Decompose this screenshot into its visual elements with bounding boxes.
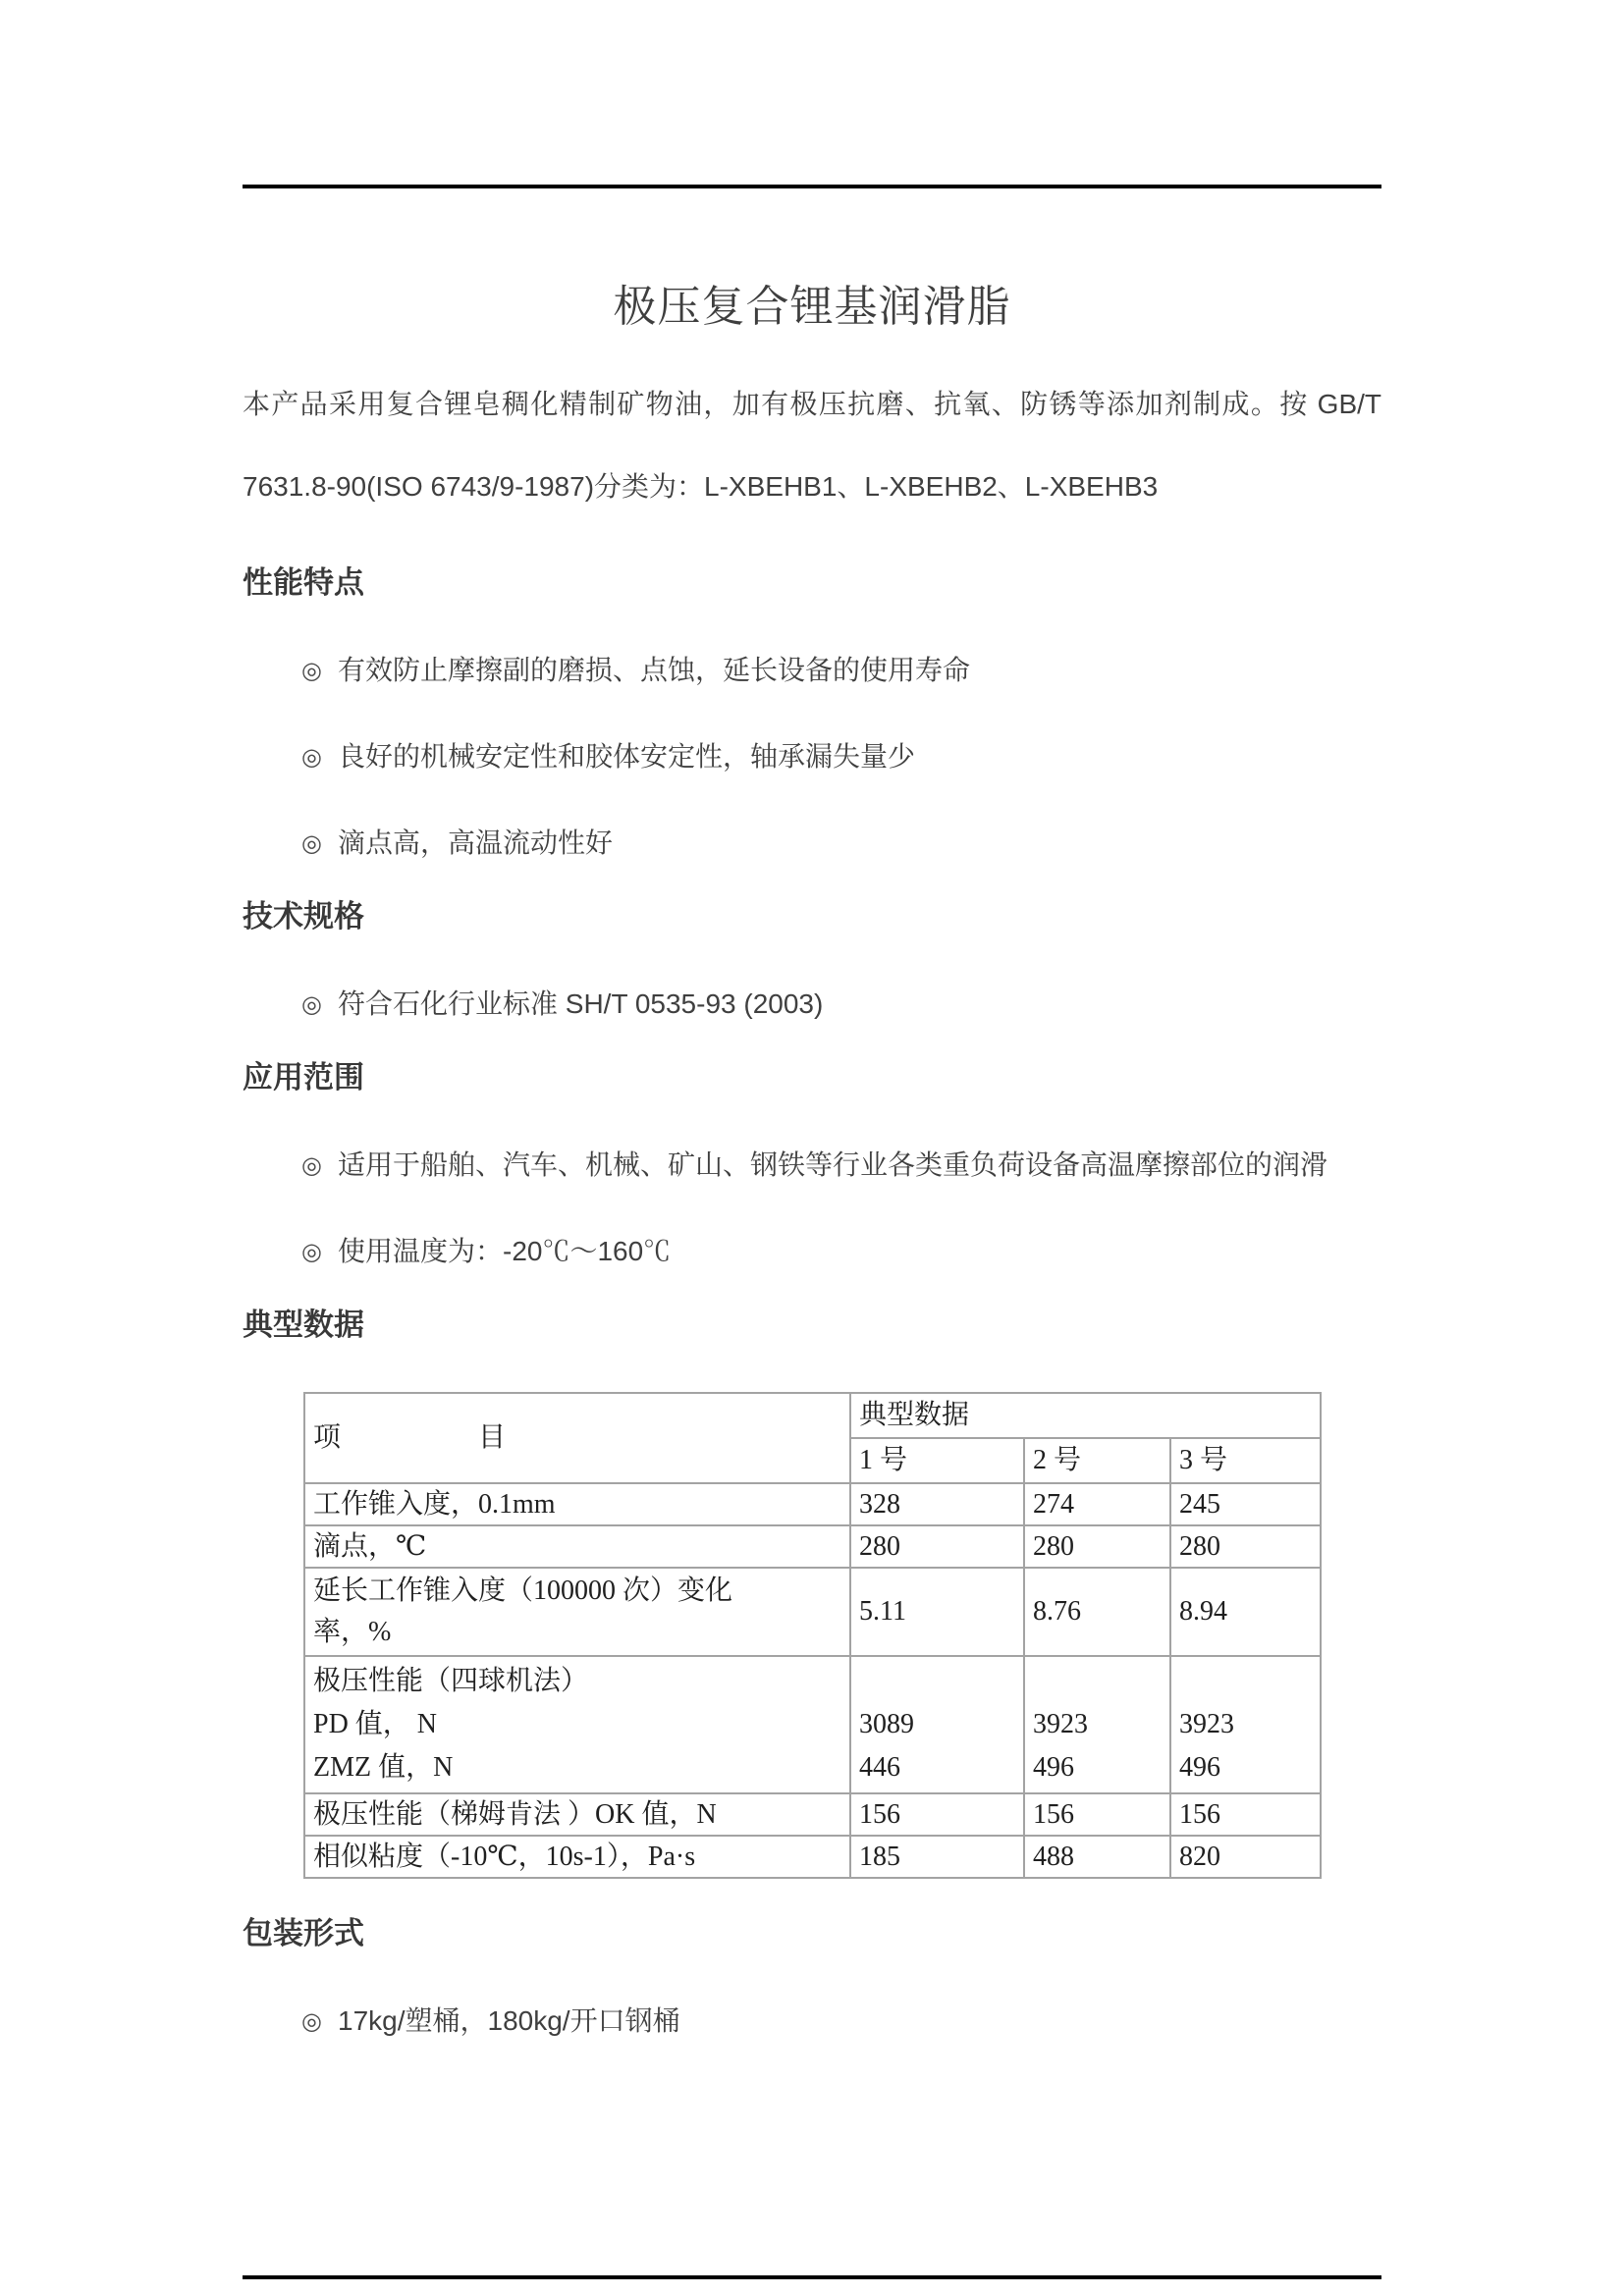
table-row: 相似粘度（-10℃，10s-1），Pa·s 185 488 820	[304, 1836, 1321, 1878]
bullet-text: 滴点高，高温流动性好	[338, 828, 613, 858]
value-cell: 3089 446	[850, 1656, 1024, 1793]
row-label-cell: 工作锥入度，0.1mm	[304, 1483, 850, 1525]
value-cell: 3923 496	[1024, 1656, 1170, 1793]
typical-data-table: 项 目 典型数据 1 号 2 号 3 号 工作锥入度，0.1mm 328 274…	[303, 1392, 1322, 1879]
value-cell: 328	[850, 1483, 1024, 1525]
bullet-icon: ◎	[301, 1234, 322, 1271]
value-cell: 3923 496	[1170, 1656, 1321, 1793]
header-rule-line	[243, 185, 1381, 188]
list-item: ◎ 17kg/塑桶，180kg/开口钢桶	[243, 2002, 1381, 2040]
performance-bullet-list: ◎ 有效防止摩擦副的磨损、点蚀，延长设备的使用寿命 ◎ 良好的机械安定性和胶体安…	[243, 652, 1381, 862]
list-item: ◎ 适用于船舶、汽车、机械、矿山、钢铁等行业各类重负荷设备高温摩擦部位的润滑	[243, 1147, 1381, 1184]
row-label-cell: 相似粘度（-10℃，10s-1），Pa·s	[304, 1836, 850, 1878]
value-cell: 245	[1170, 1483, 1321, 1525]
table-row: 极压性能（四球机法） PD 值， N ZMZ 值，N 3089 446 3923…	[304, 1656, 1321, 1793]
bullet-icon: ◎	[301, 2003, 322, 2041]
table-header-row-group: 项 目 典型数据	[304, 1393, 1321, 1438]
list-item: ◎ 有效防止摩擦副的磨损、点蚀，延长设备的使用寿命	[243, 652, 1381, 689]
bullet-icon: ◎	[301, 987, 322, 1024]
row-label-cell: 延长工作锥入度（100000 次）变化 率，%	[304, 1568, 850, 1656]
bullet-text: 有效防止摩擦副的磨损、点蚀，延长设备的使用寿命	[338, 655, 970, 685]
value-cell: 280	[1024, 1525, 1170, 1568]
application-bullet-list: ◎ 适用于船舶、汽车、机械、矿山、钢铁等行业各类重负荷设备高温摩擦部位的润滑 ◎…	[243, 1147, 1381, 1270]
value-cell: 820	[1170, 1836, 1321, 1878]
bullet-icon: ◎	[301, 653, 322, 690]
section-heading-application: 应用范围	[243, 1058, 1381, 1097]
section-heading-typical-data: 典型数据	[243, 1306, 1381, 1345]
grade-header-cell: 1 号	[850, 1438, 1024, 1483]
bullet-text: 使用温度为：-20℃～160℃	[338, 1236, 671, 1266]
bullet-icon: ◎	[301, 739, 322, 776]
row-label-cell: 极压性能（梯姆肯法 ）OK 值，N	[304, 1793, 850, 1836]
bullet-icon: ◎	[301, 826, 322, 863]
value-cell: 8.76	[1024, 1568, 1170, 1656]
intro-paragraph: 本产品采用复合锂皂稠化精制矿物油，加有极压抗磨、抗氧、防锈等添加剂制成。按 GB…	[243, 363, 1381, 528]
value-cell: 280	[1170, 1525, 1321, 1568]
list-item: ◎ 使用温度为：-20℃～160℃	[243, 1233, 1381, 1270]
list-item: ◎ 滴点高，高温流动性好	[243, 825, 1381, 862]
grade-header-cell: 3 号	[1170, 1438, 1321, 1483]
table-row: 延长工作锥入度（100000 次）变化 率，% 5.11 8.76 8.94	[304, 1568, 1321, 1656]
bullet-icon: ◎	[301, 1148, 322, 1185]
footer-rule-line	[243, 2275, 1381, 2279]
group-header-cell: 典型数据	[850, 1393, 1321, 1438]
list-item: ◎ 符合石化行业标准 SH/T 0535-93 (2003)	[243, 986, 1381, 1023]
page-title: 极压复合锂基润滑脂	[243, 279, 1381, 336]
table-row: 滴点，℃ 280 280 280	[304, 1525, 1321, 1568]
section-heading-performance: 性能特点	[243, 563, 1381, 603]
value-cell: 5.11	[850, 1568, 1024, 1656]
table-row: 工作锥入度，0.1mm 328 274 245	[304, 1483, 1321, 1525]
row-label-cell: 滴点，℃	[304, 1525, 850, 1568]
value-cell: 488	[1024, 1836, 1170, 1878]
list-item: ◎ 良好的机械安定性和胶体安定性，轴承漏失量少	[243, 738, 1381, 775]
spec-bullet-list: ◎ 符合石化行业标准 SH/T 0535-93 (2003)	[243, 986, 1381, 1023]
value-cell: 185	[850, 1836, 1024, 1878]
bullet-text: 适用于船舶、汽车、机械、矿山、钢铁等行业各类重负荷设备高温摩擦部位的润滑	[338, 1149, 1327, 1180]
bullet-text: 符合石化行业标准 SH/T 0535-93 (2003)	[338, 988, 823, 1019]
value-cell: 280	[850, 1525, 1024, 1568]
value-cell: 156	[1024, 1793, 1170, 1836]
section-heading-spec: 技术规格	[243, 897, 1381, 936]
item-header-cell: 项 目	[304, 1393, 850, 1483]
value-cell: 156	[850, 1793, 1024, 1836]
value-cell: 8.94	[1170, 1568, 1321, 1656]
packaging-bullet-list: ◎ 17kg/塑桶，180kg/开口钢桶	[243, 2002, 1381, 2040]
document-page: 极压复合锂基润滑脂 本产品采用复合锂皂稠化精制矿物油，加有极压抗磨、抗氧、防锈等…	[0, 0, 1624, 2296]
value-cell: 156	[1170, 1793, 1321, 1836]
value-cell: 274	[1024, 1483, 1170, 1525]
row-label-cell: 极压性能（四球机法） PD 值， N ZMZ 值，N	[304, 1656, 850, 1793]
grade-header-cell: 2 号	[1024, 1438, 1170, 1483]
table-row: 极压性能（梯姆肯法 ）OK 值，N 156 156 156	[304, 1793, 1321, 1836]
bullet-text: 17kg/塑桶，180kg/开口钢桶	[338, 2005, 680, 2036]
section-heading-packaging: 包装形式	[243, 1914, 1381, 1953]
bullet-text: 良好的机械安定性和胶体安定性，轴承漏失量少	[338, 741, 915, 772]
